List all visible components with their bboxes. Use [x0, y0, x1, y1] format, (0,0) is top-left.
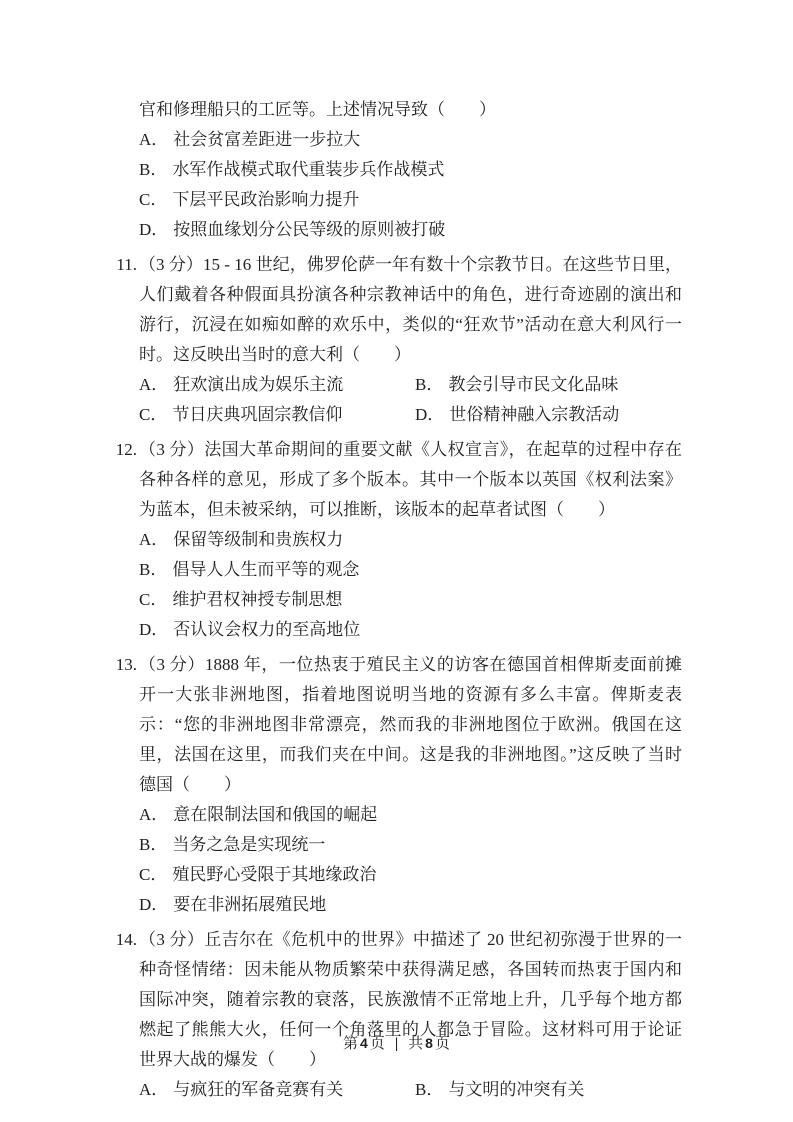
option-row: A．与疯狂的军备竞赛有关 B．与文明的冲突有关 — [139, 1075, 682, 1105]
option-d: D．否认议会权力的至高地位 — [139, 615, 682, 645]
option-c: C．维护君权神授专制思想 — [139, 585, 682, 615]
option-label: A． — [139, 1080, 168, 1099]
option-label: C． — [139, 405, 167, 424]
question-score: （3 分） — [139, 255, 203, 274]
exam-content: 官和修理船只的工匠等。上述情况导致（ ） A．社会贫富差距进一步拉大 B．水军作… — [139, 95, 682, 1110]
footer-total-suffix: 页 — [435, 1036, 450, 1052]
option-d: D．要在非洲拓展殖民地 — [139, 890, 682, 920]
option-text: 按照血缘划分公民等级的原则被打破 — [173, 220, 445, 239]
question-10-continuation: 官和修理船只的工匠等。上述情况导致（ ） A．社会贫富差距进一步拉大 B．水军作… — [139, 95, 682, 245]
exam-page: 官和修理船只的工匠等。上述情况导致（ ） A．社会贫富差距进一步拉大 B．水军作… — [0, 0, 793, 1122]
option-c: C．下层平民政治影响力提升 — [139, 185, 682, 215]
option-a: A．意在限制法国和俄国的崛起 — [139, 800, 682, 830]
option-text: 教会引导市民文化品味 — [448, 375, 618, 394]
option-label: D． — [139, 620, 168, 639]
option-text: 狂欢演出成为娱乐主流 — [173, 375, 343, 394]
option-text: 殖民野心受限于其地缘政治 — [172, 865, 376, 884]
footer-total-number: 8 — [423, 1035, 435, 1051]
options-list: A．与疯狂的军备竞赛有关 B．与文明的冲突有关 — [139, 1075, 682, 1105]
option-text: 维护君权神授专制思想 — [172, 590, 342, 609]
question-stem: （3 分）15 - 16 世纪，佛罗伦萨一年有数十个宗教节日。在这些节日里，人们… — [139, 250, 682, 370]
option-row: C．节日庆典巩固宗教信仰 D．世俗精神融入宗教活动 — [139, 400, 682, 430]
footer-page-current: 第4页 — [343, 1036, 385, 1052]
option-label: D． — [139, 220, 168, 239]
option-b: B．与文明的冲突有关 — [415, 1075, 584, 1105]
option-label: A． — [139, 130, 168, 149]
option-label: D． — [139, 895, 168, 914]
question-stem-text: 法国大革命期间的重要文献《人权宣言》，在起草的过程中存在各种各样的意见，形成了多… — [139, 440, 682, 519]
option-label: B． — [139, 160, 167, 179]
page-footer: 第4页|共8页 — [0, 1032, 793, 1055]
footer-page-total: 共8页 — [408, 1036, 450, 1052]
option-label: A． — [139, 375, 168, 394]
option-b: B．教会引导市民文化品味 — [415, 370, 618, 400]
option-label: C． — [139, 190, 167, 209]
option-label: D． — [415, 405, 444, 424]
question-score: （3 分） — [139, 655, 205, 674]
footer-total-prefix: 共 — [408, 1036, 423, 1052]
question-number: 12. — [116, 435, 139, 465]
footer-page-number: 4 — [358, 1035, 370, 1051]
question-stem: （3 分）1888 年，一位热衷于殖民主义的访客在德国首相俾斯麦面前摊开一大张非… — [139, 650, 682, 800]
options-list: A．社会贫富差距进一步拉大 B．水军作战模式取代重装步兵作战模式 C．下层平民政… — [139, 125, 682, 245]
option-b: B．倡导人人生而平等的观念 — [139, 555, 682, 585]
option-row: A．狂欢演出成为娱乐主流 B．教会引导市民文化品味 — [139, 370, 682, 400]
option-c: C．节日庆典巩固宗教信仰 — [139, 400, 415, 430]
option-label: A． — [139, 530, 168, 549]
option-text: 节日庆典巩固宗教信仰 — [172, 405, 342, 424]
option-text: 与文明的冲突有关 — [448, 1080, 584, 1099]
option-c: C．殖民野心受限于其地缘政治 — [139, 860, 682, 890]
question-number: 14. — [116, 925, 139, 955]
question-number: 11. — [116, 250, 139, 280]
option-text: 社会贫富差距进一步拉大 — [173, 130, 360, 149]
question-14: 14. （3 分）丘吉尔在《危机中的世界》中描述了 20 世纪初弥漫于世界的一种… — [139, 925, 682, 1105]
option-a: A．与疯狂的军备竞赛有关 — [139, 1075, 415, 1105]
option-text: 水军作战模式取代重装步兵作战模式 — [172, 160, 444, 179]
option-label: B． — [139, 835, 167, 854]
options-list: A．狂欢演出成为娱乐主流 B．教会引导市民文化品味 C．节日庆典巩固宗教信仰 D… — [139, 370, 682, 430]
question-12: 12. （3 分）法国大革命期间的重要文献《人权宣言》，在起草的过程中存在各种各… — [139, 435, 682, 645]
question-stem: 官和修理船只的工匠等。上述情况导致（ ） — [139, 95, 682, 125]
option-b: B．当务之急是实现统一 — [139, 830, 682, 860]
question-score: （3 分） — [139, 930, 204, 949]
options-list: A．意在限制法国和俄国的崛起 B．当务之急是实现统一 C．殖民野心受限于其地缘政… — [139, 800, 682, 920]
question-stem-text: 1888 年，一位热衷于殖民主义的访客在德国首相俾斯麦面前摊开一大张非洲地图，指… — [139, 655, 682, 794]
option-label: C． — [139, 590, 167, 609]
question-stem-text: 官和修理船只的工匠等。上述情况导致（ ） — [139, 100, 496, 119]
question-13: 13. （3 分）1888 年，一位热衷于殖民主义的访客在德国首相俾斯麦面前摊开… — [139, 650, 682, 920]
option-b: B．水军作战模式取代重装步兵作战模式 — [139, 155, 682, 185]
option-text: 当务之急是实现统一 — [172, 835, 325, 854]
option-label: B． — [139, 560, 167, 579]
options-list: A．保留等级制和贵族权力 B．倡导人人生而平等的观念 C．维护君权神授专制思想 … — [139, 525, 682, 645]
option-label: C． — [139, 865, 167, 884]
question-score: （3 分） — [139, 440, 204, 459]
option-a: A．狂欢演出成为娱乐主流 — [139, 370, 415, 400]
option-d: D．按照血缘划分公民等级的原则被打破 — [139, 215, 682, 245]
option-label: A． — [139, 805, 168, 824]
option-d: D．世俗精神融入宗教活动 — [415, 400, 619, 430]
option-a: A．保留等级制和贵族权力 — [139, 525, 682, 555]
option-text: 意在限制法国和俄国的崛起 — [173, 805, 377, 824]
option-a: A．社会贫富差距进一步拉大 — [139, 125, 682, 155]
option-text: 与疯狂的军备竞赛有关 — [173, 1080, 343, 1099]
question-stem-text: 15 - 16 世纪，佛罗伦萨一年有数十个宗教节日。在这些节日里，人们戴着各种假… — [139, 255, 682, 364]
option-text: 倡导人人生而平等的观念 — [172, 560, 359, 579]
option-text: 否认议会权力的至高地位 — [173, 620, 360, 639]
option-label: B． — [415, 1080, 443, 1099]
question-11: 11. （3 分）15 - 16 世纪，佛罗伦萨一年有数十个宗教节日。在这些节日… — [139, 250, 682, 430]
question-number: 13. — [116, 650, 139, 680]
footer-page-suffix: 页 — [370, 1036, 385, 1052]
footer-separator: | — [385, 1036, 408, 1052]
question-stem: （3 分）法国大革命期间的重要文献《人权宣言》，在起草的过程中存在各种各样的意见… — [139, 435, 682, 525]
option-text: 要在非洲拓展殖民地 — [173, 895, 326, 914]
option-text: 下层平民政治影响力提升 — [172, 190, 359, 209]
option-label: B． — [415, 375, 443, 394]
footer-page-prefix: 第 — [343, 1036, 358, 1052]
option-text: 保留等级制和贵族权力 — [173, 530, 343, 549]
option-text: 世俗精神融入宗教活动 — [449, 405, 619, 424]
